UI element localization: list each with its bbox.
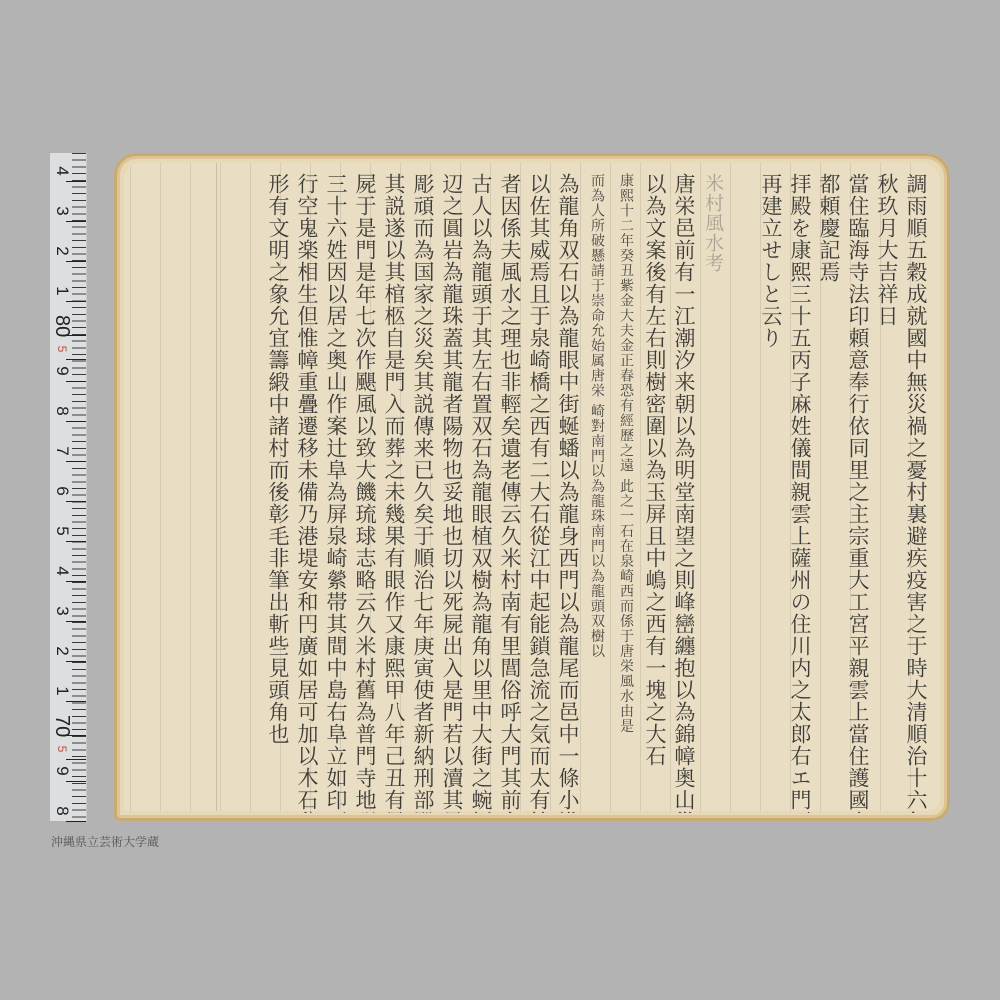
ruler-major-tick <box>66 821 86 822</box>
manuscript-column: 調雨順五穀成就國中無災禍之憂村裏避疾疫害之于時大清順治十六年歲次己亥季 <box>901 173 930 813</box>
manuscript-column: 辺之圓岩為龍珠蓋其龍者陽物也妥地也切以死屍出入是門若以瀆其吴則恐龍怒以起 <box>437 173 466 813</box>
ruler-label: 4 <box>52 561 72 581</box>
manuscript-column: 彫頑而為国家之災矣其説傳来已久矣于順治七年庚寅使者新納刑部殿身之公朝不信 <box>408 173 437 813</box>
page-margin-line <box>216 163 217 811</box>
ruler-major-tick <box>66 461 86 462</box>
text-columns: 調雨順五穀成就國中無災禍之憂村裏避疾疫害之于時大清順治十六年歲次己亥季秋玖月大吉… <box>263 173 930 813</box>
manuscript-column: 以佐其威焉且于泉崎橋之西有二大石從江中起能鎖急流之気而太有情矣 如此数處 <box>524 173 553 813</box>
ruler-label: 2 <box>52 641 72 661</box>
ruler-major-tick <box>66 735 86 736</box>
manuscript-column: 屍于是門是年七次作颶風以致大饑琉球志略云久米村舊為普門寺地明洪永間賜閩人 <box>350 173 379 813</box>
ruler-major-tick <box>66 301 86 302</box>
manuscript-column: 再建立せしと云り <box>756 173 785 813</box>
ruler-major-tick <box>66 581 86 582</box>
manuscript-column: 秋玖月大吉祥日 <box>872 173 901 813</box>
manuscript-column: 行空鬼楽相生但惟幛重疊遷移未備乃港堤安和円廣如居可加以木石分植宛似龍 <box>292 173 321 813</box>
manuscript-column <box>727 173 756 813</box>
manuscript-photo: 432180598765432170598 調雨順五穀成就國中無災禍之憂村裏避疾… <box>50 153 950 821</box>
measuring-ruler: 432180598765432170598 <box>50 153 87 821</box>
ruler-major-tick <box>66 359 86 360</box>
collection-caption: 沖縄県立芸術大学蔵 <box>51 833 159 850</box>
ruler-major-tick <box>66 781 86 782</box>
ruler-major-tick <box>66 181 86 182</box>
ruler-label: 3 <box>52 201 72 221</box>
ruler-major-tick <box>66 621 86 622</box>
ruler-label: 5 <box>52 739 72 759</box>
ruler-major-tick <box>66 701 86 702</box>
manuscript-column: 古人以為龍頭于其左右置双石為龍眼植双樹為龍角以里中大街之蜿蜒為龍身以中島水 <box>466 173 495 813</box>
ruler-major-tick <box>66 759 86 760</box>
ruler-major-tick <box>66 335 86 336</box>
ruler-major-tick <box>66 541 86 542</box>
ruler-label: 5 <box>52 339 72 359</box>
manuscript-column: 者因係夫風水之理也非輕矣遺老傳云久米村南有里閭俗呼大門其前有空地形如半月 <box>495 173 524 813</box>
ruler-label: 4 <box>52 161 72 181</box>
manuscript-column: 而為人所破懸請于崇命允始属唐栄 崎對南門以為龍珠南門以為龍頭双樹以 <box>582 173 611 813</box>
ruler-label: 9 <box>52 361 72 381</box>
ruler-major-tick <box>66 501 86 502</box>
ruler-label: 70 <box>52 715 72 735</box>
manuscript-column: 米村風水考 <box>698 173 727 813</box>
ruler-label: 8 <box>52 401 72 421</box>
manuscript-column: 唐栄邑前有一江潮汐来朝以為明堂南望之則峰巒纏抱以為錦幛奥山聳秀 <box>669 173 698 813</box>
ruler-major-tick <box>66 661 86 662</box>
ruler-major-tick <box>66 221 86 222</box>
notebook: 調雨順五穀成就國中無災禍之憂村裏避疾疫害之于時大清順治十六年歲次己亥季秋玖月大吉… <box>114 153 950 821</box>
ruler-ticks <box>72 153 86 821</box>
ruler-label: 8 <box>52 801 72 821</box>
manuscript-column: 都頼慶記焉 <box>814 173 843 813</box>
ruler-label: 2 <box>52 241 72 261</box>
ruler-label: 1 <box>52 281 72 301</box>
manuscript-column: 當住臨海寺法印頼意奉行依同里之主宗重大工宮平親雲上當住護國寺樵大僧 <box>843 173 872 813</box>
ruler-label: 9 <box>52 761 72 781</box>
manuscript-column: 為龍角双石以為龍眼中街蜒蟠以為龍身西門以為龍尾而邑中一條小港潮水往来 <box>553 173 582 813</box>
manuscript-column: 三十六姓因以居之奥山作案辻阜為屏泉崎縈帯其間中島右阜立如印盃所謂天馬 <box>321 173 350 813</box>
ruler-label: 3 <box>52 601 72 621</box>
ruler-major-tick <box>66 261 86 262</box>
ruler-label: 80 <box>52 315 72 335</box>
manuscript-page: 調雨順五穀成就國中無災禍之憂村裏避疾疫害之于時大清順治十六年歲次己亥季秋玖月大吉… <box>124 163 940 811</box>
manuscript-column: 其説遂以其棺柩自是門入而葬之未幾果有眼作又康熙甲八年己丑有愚蠢人夜出新 <box>379 173 408 813</box>
ruler-label: 7 <box>52 441 72 461</box>
ruler-label: 5 <box>52 521 72 541</box>
manuscript-column: 以為文案後有左右則樹密圍以為玉屏且中嶋之西有一塊之大石 <box>640 173 669 813</box>
manuscript-column: 康熙十二年癸丑紫金大夫金正春恐有經歷之遠 此之一石在泉崎西而係于唐栄風水由是 <box>611 173 640 813</box>
ruler-label: 6 <box>52 481 72 501</box>
ruler-label: 1 <box>52 681 72 701</box>
manuscript-column: 拝殿を康熙三十五丙子麻姓儀間親雲上薩州の住川内之太郎右エ門両人主取て勧進して <box>785 173 814 813</box>
ruler-major-tick <box>66 421 86 422</box>
manuscript-column: 形有文明之象允宜籌緞中諸村而後彰毛非筆出斬些見頭角也 <box>263 173 292 813</box>
ruler-major-tick <box>66 381 86 382</box>
